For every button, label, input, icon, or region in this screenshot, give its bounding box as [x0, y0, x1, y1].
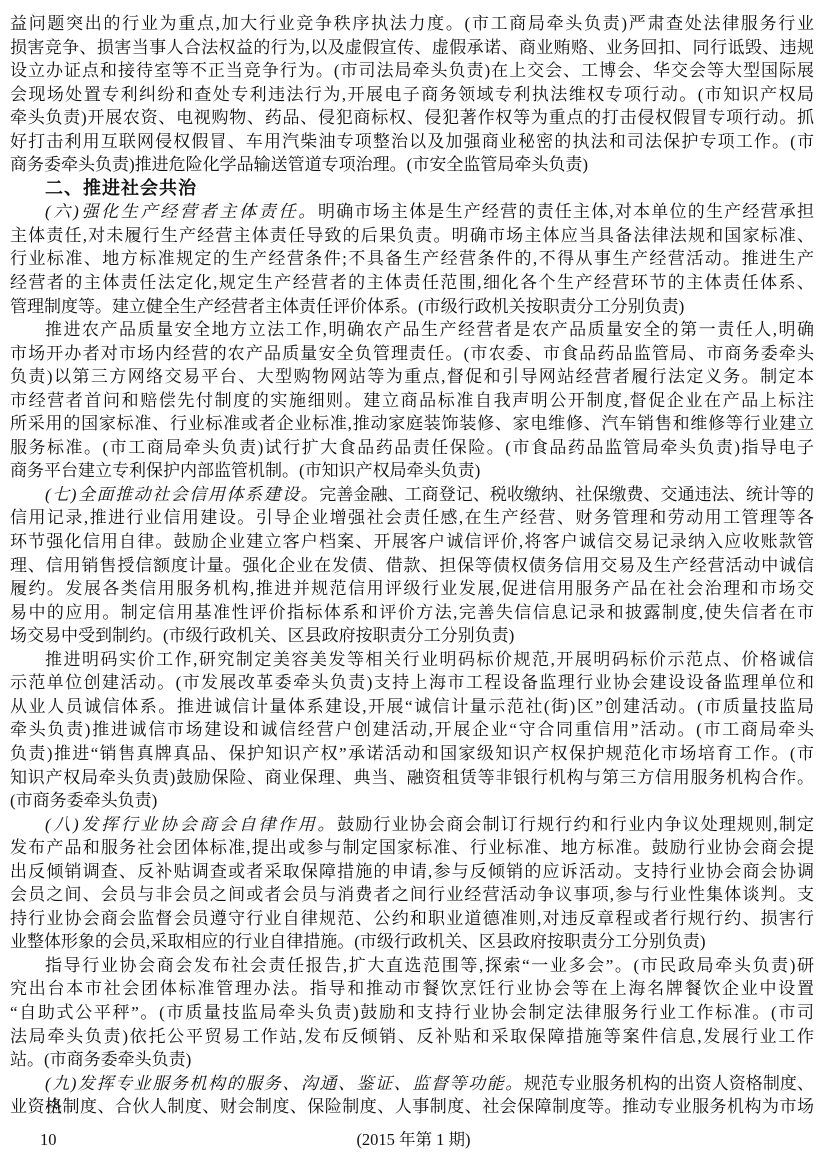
- body-text: (市商务委牵头负责): [10, 791, 157, 810]
- body-text: 鼓励行业协会商会制订行规行约和行业内争议处理规则,制定: [337, 815, 814, 834]
- body-text: 究出台本市社会团体标准管理办法。指导和推动市餐饮烹饪行业协会等在上海名牌餐饮企业…: [10, 979, 814, 998]
- text-line: 商务委牵头负责)推进危险化学品输送管道专项治理。(市安全监管局牵头负责): [10, 153, 814, 177]
- body-text: 商务平台建立专利保护内部监管机制。(市知识产权局牵头负责): [10, 461, 480, 480]
- body-text: 益问题突出的行业为重点,加大行业竞争秩序执法力度。(市工商局牵头负责)严肃查处法…: [10, 14, 814, 33]
- body-text: 市经营者首问和赔偿先付制度的实施细则。建立商品标准自我声明公开制度,督促企业在产…: [10, 391, 814, 410]
- body-text: 会现场处置专利纠纷和查处专利违法行为,开展电子商务领域专利执法维权专项行动。(市…: [10, 85, 814, 104]
- text-line: 示范单位创建活动。(市发展改革委牵头负责)支持上海市工程设备监理行业协会建设设备…: [10, 671, 814, 695]
- text-line: 市场开办者对市场内经营的农产品质量安全负管理责任。(市农委、市食品药品监管局、市…: [10, 342, 814, 366]
- text-line: (六)强化生产经营者主体责任。明确市场主体是生产经营的责任主体,对本单位的生产经…: [10, 200, 814, 224]
- text-line: 设立办证点和接待室等不正当竞争行为。(市司法局牵头负责)在上交会、工博会、华交会…: [10, 59, 814, 83]
- text-line: “自助式公平秤”。(市质量技监局牵头负责)鼓励和支持行业协会制定法律服务行业工作…: [10, 1001, 814, 1025]
- item-heading: (八)发挥行业协会商会自律作用。: [45, 815, 337, 834]
- text-line: 知识产权局牵头负责)鼓励保险、商业保理、典当、融资租赁等非银行机构与第三方信用服…: [10, 766, 814, 790]
- item-heading: (六)强化生产经营者主体责任。: [45, 202, 318, 221]
- text-line: 从业人员诚信体系。推进诚信计量体系建设,开展“诚信计量示范社(街)区”创建活动。…: [10, 695, 814, 719]
- text-line: 损害竞争、损害当事人合法权益的行为,以及虚假宣传、虚假承诺、商业贿赂、业务回扣、…: [10, 36, 814, 60]
- page-footer: 10 (2015 年第 1 期): [0, 1128, 827, 1152]
- body-text: 易中的应用。制定信用基准性评价指标体系和评价方法,完善失信信息记录和披露制度,使…: [10, 603, 814, 622]
- text-line: 管理制度等。建立健全生产经营者主体责任评价体系。(市级行政机关按职责分工分别负责…: [10, 295, 814, 319]
- body-text: 业整体形象的会员,采取相应的行业自律措施。(市级行政机关、区县政府按职责分工分别…: [10, 932, 706, 951]
- text-line: 经营者的主体责任法定化,规定生产经营者的主体责任范围,细化各个生产经营环节的主体…: [10, 271, 814, 295]
- text-line: 易中的应用。制定信用基准性评价指标体系和评价方法,完善失信信息记录和披露制度,使…: [10, 601, 814, 625]
- body-text: 环节强化信用自律。鼓励企业建立客户档案、开展客户诚信评价,将客户诚信交易记录纳入…: [10, 532, 814, 551]
- text-line: 益问题突出的行业为重点,加大行业竞争秩序执法力度。(市工商局牵头负责)严肃查处法…: [10, 12, 814, 36]
- section-heading: 二、推进社会共治: [45, 178, 197, 198]
- body-text: 好打击利用互联网侵权假冒、车用汽柴油专项整治以及加强商业秘密的执法和司法保护专项…: [10, 132, 814, 151]
- text-line: 好打击利用互联网侵权假冒、车用汽柴油专项整治以及加强商业秘密的执法和司法保护专项…: [10, 130, 814, 154]
- text-line: 商务平台建立专利保护内部监管机制。(市知识产权局牵头负责): [10, 459, 814, 483]
- text-line: 业整体形象的会员,采取相应的行业自律措施。(市级行政机关、区县政府按职责分工分别…: [10, 930, 814, 954]
- body-text: 知识产权局牵头负责)鼓励保险、商业保理、典当、融资租赁等非银行机构与第三方信用服…: [10, 768, 814, 787]
- text-line: (九)发挥专业服务机构的服务、沟通、鉴证、监督等功能。规范专业服务机构的出资人资…: [10, 1072, 814, 1096]
- text-line: 负责)以第三方网络交易平台、大型购物网站等为重点,督促和引导网站经营者履行法定义…: [10, 365, 814, 389]
- text-line: (八)发挥行业协会商会自律作用。鼓励行业协会商会制订行规行约和行业内争议处理规则…: [10, 813, 814, 837]
- body-text: 主体责任,对未履行生产经营主体责任导致的后果负责。明确市场主体应当具备法律法规和…: [10, 226, 814, 245]
- body-text: 商务委牵头负责)推进危险化学品输送管道专项治理。(市安全监管局牵头负责): [10, 155, 588, 174]
- text-line: (市商务委牵头负责): [10, 789, 814, 813]
- text-line: 推进农产品质量安全地方立法工作,明确农产品生产经营者是农产品质量安全的第一责任人…: [10, 318, 814, 342]
- text-line: 持行业协会商会监督会员遵守行业自律规范、公约和职业道德准则,对违反章程或者行规行…: [10, 907, 814, 931]
- body-text: 市场开办者对市场内经营的农产品质量安全负管理责任。(市农委、市食品药品监管局、市…: [10, 344, 814, 363]
- text-line: 站。(市商务委牵头负责): [10, 1048, 814, 1072]
- body-text: 损害竞争、损害当事人合法权益的行为,以及虚假宣传、虚假承诺、商业贿赂、业务回扣、…: [10, 38, 814, 57]
- body-text: 业资格制度、合伙人制度、财会制度、保险制度、人事制度、社会保障制度等。推动专业服…: [10, 1097, 814, 1116]
- text-line: 二、推进社会共治: [10, 177, 814, 201]
- issue-label: (2015 年第 1 期): [0, 1128, 827, 1152]
- document-body: 益问题突出的行业为重点,加大行业竞争秩序执法力度。(市工商局牵头负责)严肃查处法…: [10, 12, 814, 1119]
- item-heading: (九)发挥专业服务机构的服务、沟通、鉴证、监督等功能。: [45, 1074, 524, 1093]
- text-line: 市经营者首问和赔偿先付制度的实施细则。建立商品标准自我声明公开制度,督促企业在产…: [10, 389, 814, 413]
- text-line: 牵头负责)推进诚信市场建设和诚信经营户创建活动,开展企业“守合同重信用”活动。(…: [10, 718, 814, 742]
- text-line: 会现场处置专利纠纷和查处专利违法行为,开展电子商务领域专利执法维权专项行动。(市…: [10, 83, 814, 107]
- text-line: 会员之间、会员与非会员之间或者会员与消费者之间行业经营活动争议事项,参与行业性集…: [10, 883, 814, 907]
- text-line: (七)全面推动社会信用体系建设。完善金融、工商登记、税收缴纳、社保缴费、交通违法…: [10, 483, 814, 507]
- body-text: 服务标准。(市工商局牵头负责)试行扩大食品药品责任保险。(市食品药品监管局牵头负…: [10, 438, 814, 457]
- body-text: 场交易中受到制约。(市级行政机关、区县政府按职责分工分别负责): [10, 626, 514, 645]
- body-text: 理、信用销售授信额度计量。强化企业在发债、借款、担保等债权债务信用交易及生产经营…: [10, 556, 814, 575]
- body-text: 发布产品和服务社会团体标准,提出或参与制定国家标准、行业标准、地方标准。鼓励行业…: [10, 838, 814, 857]
- text-line: 行业标准、地方标准规定的生产经营条件;不具备生产经营条件的,不得从事生产经营活动…: [10, 247, 814, 271]
- body-text: 完善金融、工商登记、税收缴纳、社保缴费、交通违法、统计等的: [319, 485, 814, 504]
- item-heading: (七)全面推动社会信用体系建设。: [45, 485, 319, 504]
- body-text: 信用记录,推进行业信用建设。引导企业增强社会责任感,在生产经营、财务管理和劳动用…: [10, 508, 814, 527]
- body-text: 指导行业协会商会发布社会责任报告,扩大直选范围等,探索“一业多会”。(市民政局牵…: [45, 956, 814, 975]
- body-text: 从业人员诚信体系。推进诚信计量体系建设,开展“诚信计量示范社(街)区”创建活动。…: [10, 697, 814, 716]
- body-text: 会员之间、会员与非会员之间或者会员与消费者之间行业经营活动争议事项,参与行业性集…: [10, 885, 814, 904]
- text-line: 推进明码实价工作,研究制定美容美发等相关行业明码标价规范,开展明码标价示范点、价…: [10, 648, 814, 672]
- text-line: 出反倾销调查、反补贴调查或者采取保障措施的申请,参与反倾销的应诉活动。支持行业协…: [10, 860, 814, 884]
- body-text: 管理制度等。建立健全生产经营者主体责任评价体系。(市级行政机关按职责分工分别负责…: [10, 297, 684, 316]
- body-text: 经营者的主体责任法定化,规定生产经营者的主体责任范围,细化各个生产经营环节的主体…: [10, 273, 814, 292]
- text-line: 环节强化信用自律。鼓励企业建立客户档案、开展客户诚信评价,将客户诚信交易记录纳入…: [10, 530, 814, 554]
- body-text: 持行业协会商会监督会员遵守行业自律规范、公约和职业道德准则,对违反章程或者行规行…: [10, 909, 814, 928]
- body-text: 履约。发展各类信用服务机构,推进并规范信用评级行业发展,促进信用服务产品在社会治…: [10, 579, 814, 598]
- document-page: 益问题突出的行业为重点,加大行业竞争秩序执法力度。(市工商局牵头负责)严肃查处法…: [0, 0, 827, 1170]
- text-line: 牵头负责)开展农资、电视购物、药品、侵犯商标权、侵犯著作权等为重点的打击侵权假冒…: [10, 106, 814, 130]
- body-text: 设立办证点和接待室等不正当竞争行为。(市司法局牵头负责)在上交会、工博会、华交会…: [10, 61, 814, 80]
- text-line: 究出台本市社会团体标准管理办法。指导和推动市餐饮烹饪行业协会等在上海名牌餐饮企业…: [10, 977, 814, 1001]
- text-line: 负责)推进“销售真牌真品、保护知识产权”承诺活动和国家级知识产权保护规范化市场培…: [10, 742, 814, 766]
- text-line: 法局牵头负责)依托公平贸易工作站,发布反倾销、反补贴和采取保障措施等案件信息,发…: [10, 1025, 814, 1049]
- body-text: 牵头负责)开展农资、电视购物、药品、侵犯商标权、侵犯著作权等为重点的打击侵权假冒…: [10, 108, 814, 127]
- text-line: 履约。发展各类信用服务机构,推进并规范信用评级行业发展,促进信用服务产品在社会治…: [10, 577, 814, 601]
- body-text: 法局牵头负责)依托公平贸易工作站,发布反倾销、反补贴和采取保障措施等案件信息,发…: [10, 1027, 814, 1046]
- text-line: 服务标准。(市工商局牵头负责)试行扩大食品药品责任保险。(市食品药品监管局牵头负…: [10, 436, 814, 460]
- text-line: 业资格制度、合伙人制度、财会制度、保险制度、人事制度、社会保障制度等。推动专业服…: [10, 1095, 814, 1119]
- body-text: 行业标准、地方标准规定的生产经营条件;不具备生产经营条件的,不得从事生产经营活动…: [10, 249, 814, 268]
- body-text: “自助式公平秤”。(市质量技监局牵头负责)鼓励和支持行业协会制定法律服务行业工作…: [10, 1003, 814, 1022]
- body-text: 推进明码实价工作,研究制定美容美发等相关行业明码标价规范,开展明码标价示范点、价…: [45, 650, 814, 669]
- text-line: 发布产品和服务社会团体标准,提出或参与制定国家标准、行业标准、地方标准。鼓励行业…: [10, 836, 814, 860]
- text-line: 所采用的国家标准、行业标准或者企业标准,推动家庭装饰装修、家电维修、汽车销售和维…: [10, 412, 814, 436]
- body-text: 站。(市商务委牵头负责): [10, 1050, 191, 1069]
- text-line: 信用记录,推进行业信用建设。引导企业增强社会责任感,在生产经营、财务管理和劳动用…: [10, 506, 814, 530]
- body-text: 所采用的国家标准、行业标准或者企业标准,推动家庭装饰装修、家电维修、汽车销售和维…: [10, 414, 814, 433]
- body-text: 推进农产品质量安全地方立法工作,明确农产品生产经营者是农产品质量安全的第一责任人…: [45, 320, 814, 339]
- body-text: 明确市场主体是生产经营的责任主体,对本单位的生产经营承担: [318, 202, 814, 221]
- body-text: 牵头负责)推进诚信市场建设和诚信经营户创建活动,开展企业“守合同重信用”活动。(…: [10, 720, 814, 739]
- body-text: 出反倾销调查、反补贴调查或者采取保障措施的申请,参与反倾销的应诉活动。支持行业协…: [10, 862, 814, 881]
- text-line: 场交易中受到制约。(市级行政机关、区县政府按职责分工分别负责): [10, 624, 814, 648]
- body-text: 负责)推进“销售真牌真品、保护知识产权”承诺活动和国家级知识产权保护规范化市场培…: [10, 744, 814, 763]
- body-text: 示范单位创建活动。(市发展改革委牵头负责)支持上海市工程设备监理行业协会建设设备…: [10, 673, 814, 692]
- text-line: 主体责任,对未履行生产经营主体责任导致的后果负责。明确市场主体应当具备法律法规和…: [10, 224, 814, 248]
- text-line: 理、信用销售授信额度计量。强化企业在发债、借款、担保等债权债务信用交易及生产经营…: [10, 554, 814, 578]
- text-line: 指导行业协会商会发布社会责任报告,扩大直选范围等,探索“一业多会”。(市民政局牵…: [10, 954, 814, 978]
- body-text: 负责)以第三方网络交易平台、大型购物网站等为重点,督促和引导网站经营者履行法定义…: [10, 367, 814, 386]
